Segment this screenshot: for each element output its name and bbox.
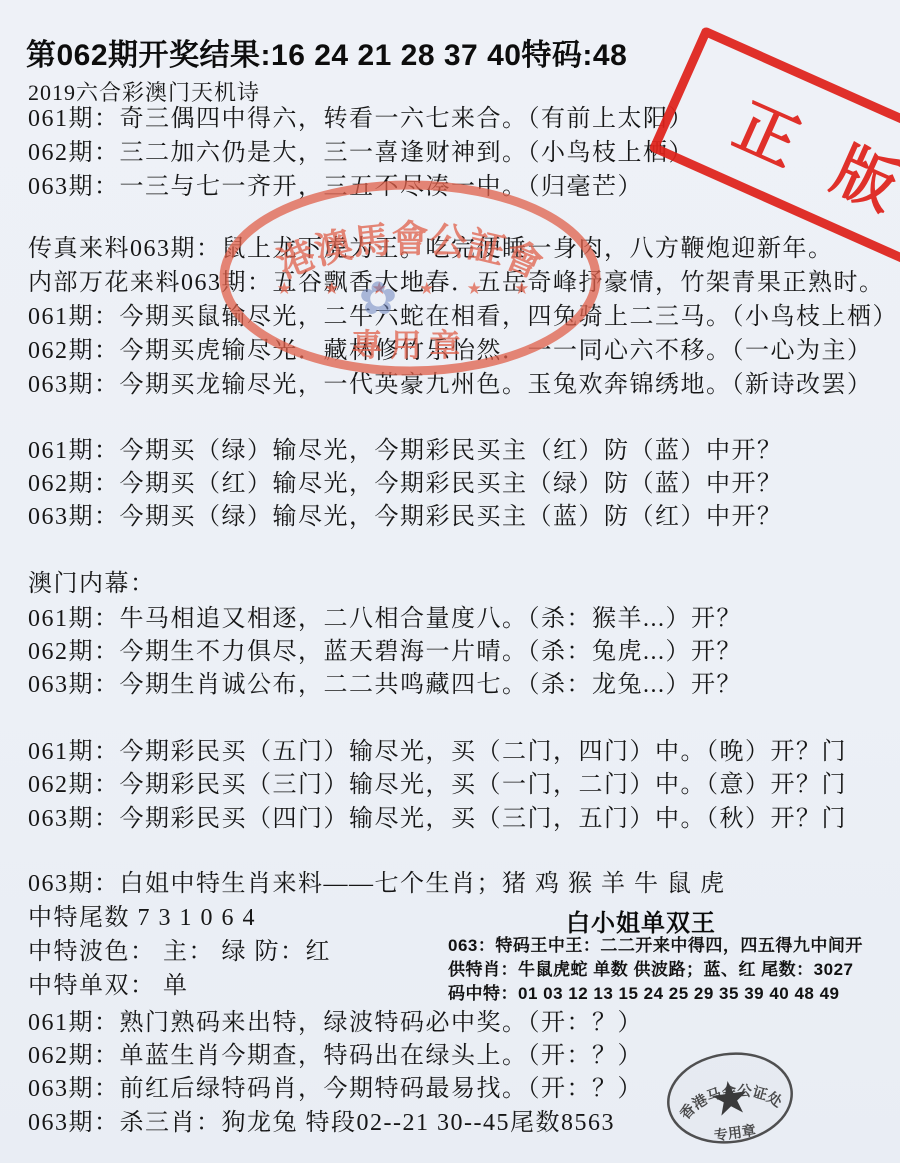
doors-line-061: 061期：今期彩民买（五门）输尽光，买（二门，四门）中。（晚）开？门 bbox=[28, 739, 847, 767]
tips-final-line: 063期：杀三肖：狗龙兔 特段02--21 30--45尾数8563 bbox=[28, 1110, 615, 1138]
doors-line-063: 063期：今期彩民买（四门）输尽光，买（三门，五门）中。（秋）开？门 bbox=[28, 806, 847, 834]
flower-emblem-icon: ✿ bbox=[359, 273, 398, 324]
baixiaojie-mazhongte-line: 码中特：01 03 12 13 15 24 25 29 35 39 40 48 … bbox=[448, 979, 840, 1004]
tips-line-062: 062期：单蓝生肖今期查，特码出在绿头上。（开：？） bbox=[28, 1043, 643, 1071]
neimu-title: 澳门内幕： bbox=[28, 571, 156, 599]
baixiaojie-texiao-line: 供特肖：牛鼠虎蛇 单数 供波路；蓝、红 尾数：3027 bbox=[448, 955, 854, 980]
caimin-line-062: 062期：今期买（红）输尽光，今期彩民买主（绿）防（蓝）中开？ bbox=[28, 471, 783, 499]
caimin-line-061: 061期：今期买（绿）输尽光，今期彩民买主（红）防（蓝）中开？ bbox=[28, 438, 783, 466]
oval-seal-bottom-text: 專用章 bbox=[352, 328, 469, 363]
page-subtitle: 2019六合彩澳门天机诗 bbox=[28, 80, 260, 105]
oval-seal-stars: ★ ★ ★ ★ ★ ★ bbox=[277, 279, 544, 298]
notary-seal-stamp: 香港马会公证处 ★ 专用章 bbox=[656, 1044, 804, 1152]
lottery-sheet-page: 第062期开奖结果:16 24 21 28 37 40特码:48 2019六合彩… bbox=[0, 0, 900, 1163]
star-icon: ★ bbox=[706, 1070, 754, 1126]
svg-text:港澳馬會公証會: 港澳馬會公証會 bbox=[271, 219, 548, 286]
oval-seal-arc-text: 港澳馬會公証會 bbox=[271, 219, 548, 286]
neimu-line-062: 062期：今期生不力俱尽，蓝天碧海一片晴。（杀：兔虎...）开？ bbox=[28, 639, 742, 667]
oval-red-seal-stamp: 港澳馬會公証會 ★ ★ ★ ★ ★ ★ 專用章 ✿ bbox=[210, 176, 610, 388]
page-title: 第062期开奖结果:16 24 21 28 37 40特码:48 bbox=[26, 30, 627, 74]
baijie-weishu-line: 中特尾数 7 3 1 0 6 4 bbox=[28, 905, 256, 933]
tianjishi-line-061: 061期：奇三偶四中得六，转看一六七来合。（有前上太阳） bbox=[28, 106, 694, 134]
baijie-danshuang-line: 中特单双： 单 bbox=[28, 973, 189, 1001]
tips-line-061: 061期：熟门熟码来出特，绿波特码必中奖。（开：？） bbox=[28, 1010, 643, 1038]
neimu-line-061: 061期：牛马相追又相逐，二八相合量度八。（杀：猴羊...）开？ bbox=[28, 606, 742, 634]
neimu-line-063: 063期：今期生肖诚公布，二二共鸣藏四七。（杀：龙兔...）开？ bbox=[28, 672, 742, 700]
zhengban-stamp-text: 正版 bbox=[695, 64, 900, 245]
tianjishi-line-062: 062期：三二加六仍是大，三一喜逢财神到。（小鸟枝上栖） bbox=[28, 140, 694, 168]
baijie-shengxiao-line: 063期：白姐中特生肖来料——七个生肖；猪 鸡 猴 羊 牛 鼠 虎 bbox=[28, 871, 726, 899]
doors-line-062: 062期：今期彩民买（三门）输尽光，买（一门，二门）中。（意）开？门 bbox=[28, 772, 847, 800]
baixiaojie-wangzhongwang-line: 063：特码王中王：二二开来中得四，四五得九中间开 bbox=[448, 931, 863, 956]
baijie-bose-line: 中特波色： 主： 绿 防：红 bbox=[28, 939, 331, 967]
caimin-line-063: 063期：今期买（绿）输尽光，今期彩民买主（蓝）防（红）中开？ bbox=[28, 504, 783, 532]
tips-line-063: 063期：前红后绿特码肖，今期特码最易找。（开：？） bbox=[28, 1076, 643, 1104]
